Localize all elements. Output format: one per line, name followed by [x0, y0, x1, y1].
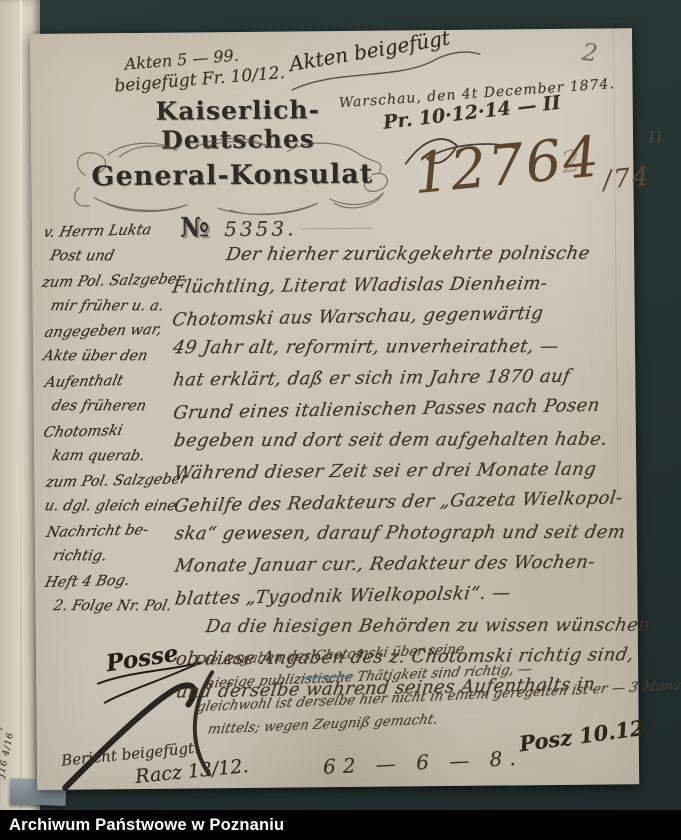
docket-numbers: 62 — 6 — 8. — [323, 746, 524, 779]
handwritten-line: richtig. — [50, 544, 179, 569]
margin-signature: Posse — [104, 640, 180, 677]
registry-number-superscript: II — [648, 129, 665, 146]
handwritten-line: ska“ gewesen, darauf Photograph und seit… — [173, 517, 627, 550]
letterhead-masthead: General-Konsulat — [67, 132, 398, 219]
archive-name: Archiwum Państwowe w Poznaniu — [0, 810, 681, 840]
handwritten-line: Akte über den — [41, 344, 178, 369]
archival-scan-photo: 5448 — 7 J16 4/16 2 2 Akten 5 — 99. beig… — [0, 0, 681, 840]
binding-crease — [20, 0, 22, 814]
document-page: 2 2 Akten 5 — 99. beigefügt Fr. 10/12. A… — [30, 28, 639, 790]
registry-number-denominator: /74 — [602, 162, 653, 196]
handwritten-line: 49 Jahr alt, reformirt, unverheirathet, … — [171, 331, 625, 364]
archive-watermark-bar: Archiwum Państwowe w Poznaniu — [0, 810, 681, 840]
handwritten-line: Gehilfe des Redakteurs der „Gazeta Wielk… — [172, 482, 627, 521]
handwritten-line: Chotomski — [41, 417, 179, 446]
handwritten-line: zum Pol. Salzgeber — [43, 467, 179, 496]
handwritten-line: Nachricht be- — [44, 517, 180, 546]
handwritten-line: Post und — [48, 244, 177, 269]
document-number: 5353. — [224, 216, 296, 241]
handwritten-line: u. dgl. gleich eine — [42, 494, 179, 519]
handwritten-line: Chotomski aus Warschau, gegenwärtig — [170, 296, 625, 335]
handwritten-line: zum Pol. Salzgeber — [39, 267, 177, 296]
number-rule-line — [303, 228, 373, 230]
file-annotation: Akten 5 — 99. beigefügt Fr. 10/12. — [124, 42, 286, 95]
handwritten-line: kam querab. — [50, 444, 179, 469]
letterhead-line2: General-Konsulat — [67, 158, 397, 192]
handwritten-line: Heft 4 Bog. — [42, 567, 180, 596]
handwritten-line: begeben und dort seit dem aufgehalten ha… — [172, 424, 626, 457]
handwritten-line: 2. Folge Nr. Pol. — [51, 594, 180, 619]
handwritten-line: Aufenthalt — [42, 367, 178, 396]
handwritten-line: Grund eines italienischen Passes nach Po… — [171, 389, 626, 428]
handwritten-line: v. Herrn Lukta — [41, 217, 177, 246]
handwritten-line: Der hierher zurückgekehrte polnische — [170, 238, 624, 271]
handwritten-line: mir früher u. a. — [48, 294, 177, 319]
pencil-page-number: 2 — [580, 38, 599, 68]
handwritten-line: blattes „Tygodnik Wielkopolski“. — — [173, 575, 628, 614]
handwritten-line: angegeben war, — [42, 317, 178, 346]
akten-note: Akten beigefügt — [287, 25, 451, 76]
handwritten-line: des früheren — [49, 394, 178, 419]
margin-note: v. Herrn LuktaPost undzum Pol. Salzgeber… — [44, 219, 178, 620]
